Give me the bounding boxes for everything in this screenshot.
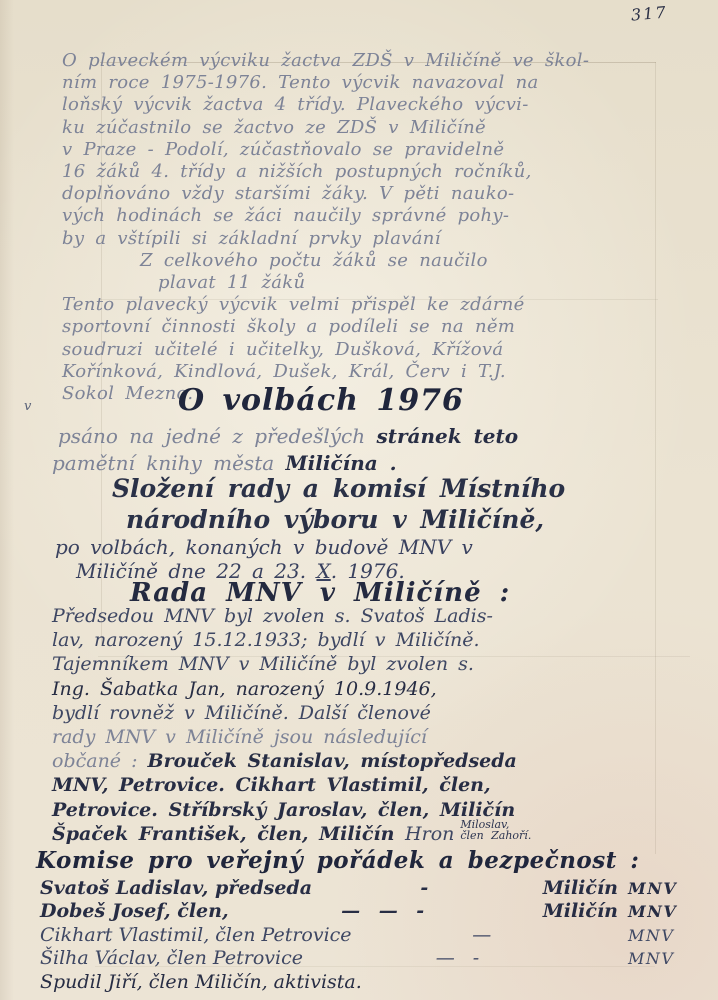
council-composition-subheading: Složení rady a komisí Místního [112, 474, 565, 503]
annotation-line: člen Zahoří. [460, 829, 531, 842]
elections-note-line: pamětní knihy města Miličína . [52, 451, 397, 475]
elections-heading: O volbách 1976 [178, 383, 464, 418]
ditto-dashes: — - [313, 947, 608, 969]
commission-member-row: Dobeš Josef, člen, — — - Miličín MNV [40, 900, 690, 923]
ditto-dashes: — [362, 924, 608, 946]
handwritten-line: Kořínková, Kindlová, Dušek, Král, Červ i… [62, 361, 662, 383]
commission-member-row: Spudil Jiří, člen Miličín, aktivista. [40, 971, 690, 993]
handwritten-line-centered: Z celkového počtu žáků se naučilo [140, 250, 662, 272]
handwritten-line: v Praze - Podolí, zúčastňovalo se pravid… [62, 139, 662, 161]
commission-members-section: Svatoš Ladislav, předseda - Miličín MNV … [40, 877, 690, 993]
handwritten-line: vých hodinách se žáci naučily správné po… [62, 205, 662, 227]
handwritten-line: doplňováno vždy staršími žáky. V pěti na… [62, 183, 662, 205]
line-text-dark: Špaček František, člen, Miličín [52, 823, 405, 845]
handwritten-line: 16 žáků 4. třídy a nižších postupných ro… [62, 161, 662, 183]
member-place: Miličín [543, 877, 618, 899]
ditto-dashes: - [322, 877, 533, 899]
line-text-dark: Brouček Stanislav, místopředseda [148, 750, 517, 772]
member-name: Dobeš Josef, člen, [40, 900, 229, 922]
handwritten-line: ku zúčastnilo se žactvo ze ZDŠ v Miličín… [62, 117, 662, 139]
elections-note-line: psáno na jedné z předešlých stránek teto [58, 424, 518, 448]
handwritten-line: by a vštípili si základní prvky plavání [62, 228, 662, 250]
handwritten-line: Ing. Šabatka Jan, narozený 10.9.1946, [52, 677, 702, 701]
member-place: Miličín [543, 900, 618, 922]
commission-member-row: Svatoš Ladislav, předseda - Miličín MNV [40, 877, 690, 900]
handwritten-line-centered: plavat 11 žáků [158, 272, 662, 294]
handwritten-line: rady MNV v Miličíně jsou následující [52, 725, 702, 749]
note-text-light: pamětní knihy města [52, 451, 286, 475]
handwritten-line: občané : Brouček Stanislav, místopředsed… [52, 749, 702, 773]
member-name: Cikhart Vlastimil, člen Petrovice [40, 924, 352, 946]
commission-member-row: Šilha Václav, člen Petrovice — - MNV [40, 947, 690, 970]
handwritten-line: ním roce 1975-1976. Tento výcvik navazov… [62, 72, 662, 94]
member-name: Hron [405, 823, 454, 845]
member-organisation: MNV [628, 948, 690, 970]
margin-checkmark: v [24, 399, 31, 414]
member-name: Svatoš Ladislav, předseda [40, 877, 312, 899]
handwritten-line: Tento plavecký výcvik velmi přispěl ke z… [62, 294, 662, 316]
election-date-line: po volbách, konaných v budově MNV v [55, 535, 473, 559]
member-organisation: MNV [628, 901, 690, 923]
handwritten-line: Petrovice. Stříbrský Jaroslav, člen, Mil… [52, 798, 702, 822]
member-organisation: MNV [628, 925, 690, 947]
ditto-dashes: — — - [239, 900, 533, 922]
council-members-section: Předsedou MNV byl zvolen s. Svatoš Ladis… [52, 604, 702, 846]
handwritten-line: MNV, Petrovice. Cikhart Vlastimil, člen, [52, 773, 702, 797]
handwritten-line: loňský výcvik žactva 4 třídy. Plaveckého… [62, 94, 662, 116]
line-text-light: občané : [52, 750, 148, 772]
margin-annotation: Miloslav,člen Zahoří. [460, 819, 531, 841]
commission-heading: Komise pro veřejný pořádek a bezpečnost … [36, 847, 639, 874]
note-text-light: psáno na jedné z předešlých [58, 424, 376, 448]
note-text-dark: Miličína . [286, 451, 397, 475]
chronicle-page: 317 v O plaveckém výcviku žactva ZDŠ v M… [0, 0, 718, 1000]
handwritten-line: soudruzi učitelé i učitelky, Dušková, Kř… [62, 339, 662, 361]
handwritten-line: lav, narozený 15.12.1933; bydlí v Miličí… [52, 628, 702, 652]
member-name: Šilha Václav, člen Petrovice [40, 947, 303, 969]
member-organisation: MNV [628, 878, 690, 900]
swimming-report-section: O plaveckém výcviku žactva ZDŠ v Miličín… [62, 50, 662, 405]
commission-member-row: Cikhart Vlastimil, člen Petrovice — MNV [40, 924, 690, 947]
handwritten-line: Tajemníkem MNV v Miličíně byl zvolen s. [52, 652, 702, 676]
handwritten-line: bydlí rovněž v Miličíně. Další členové [52, 701, 702, 725]
handwritten-line: sportovní činnosti školy a podíleli se n… [62, 316, 662, 338]
handwritten-line: Špaček František, člen, Miličín HronMilo… [52, 822, 702, 846]
handwritten-line: O plaveckém výcviku žactva ZDŠ v Miličín… [62, 50, 662, 72]
note-text-dark: stránek teto [376, 424, 518, 448]
member-name: Spudil Jiří, člen Miličín, aktivista. [40, 971, 362, 993]
page-number: 317 [631, 2, 669, 24]
council-composition-subheading: národního výboru v Miličíně, [126, 505, 544, 534]
handwritten-line: Předsedou MNV byl zvolen s. Svatoš Ladis… [52, 604, 702, 628]
